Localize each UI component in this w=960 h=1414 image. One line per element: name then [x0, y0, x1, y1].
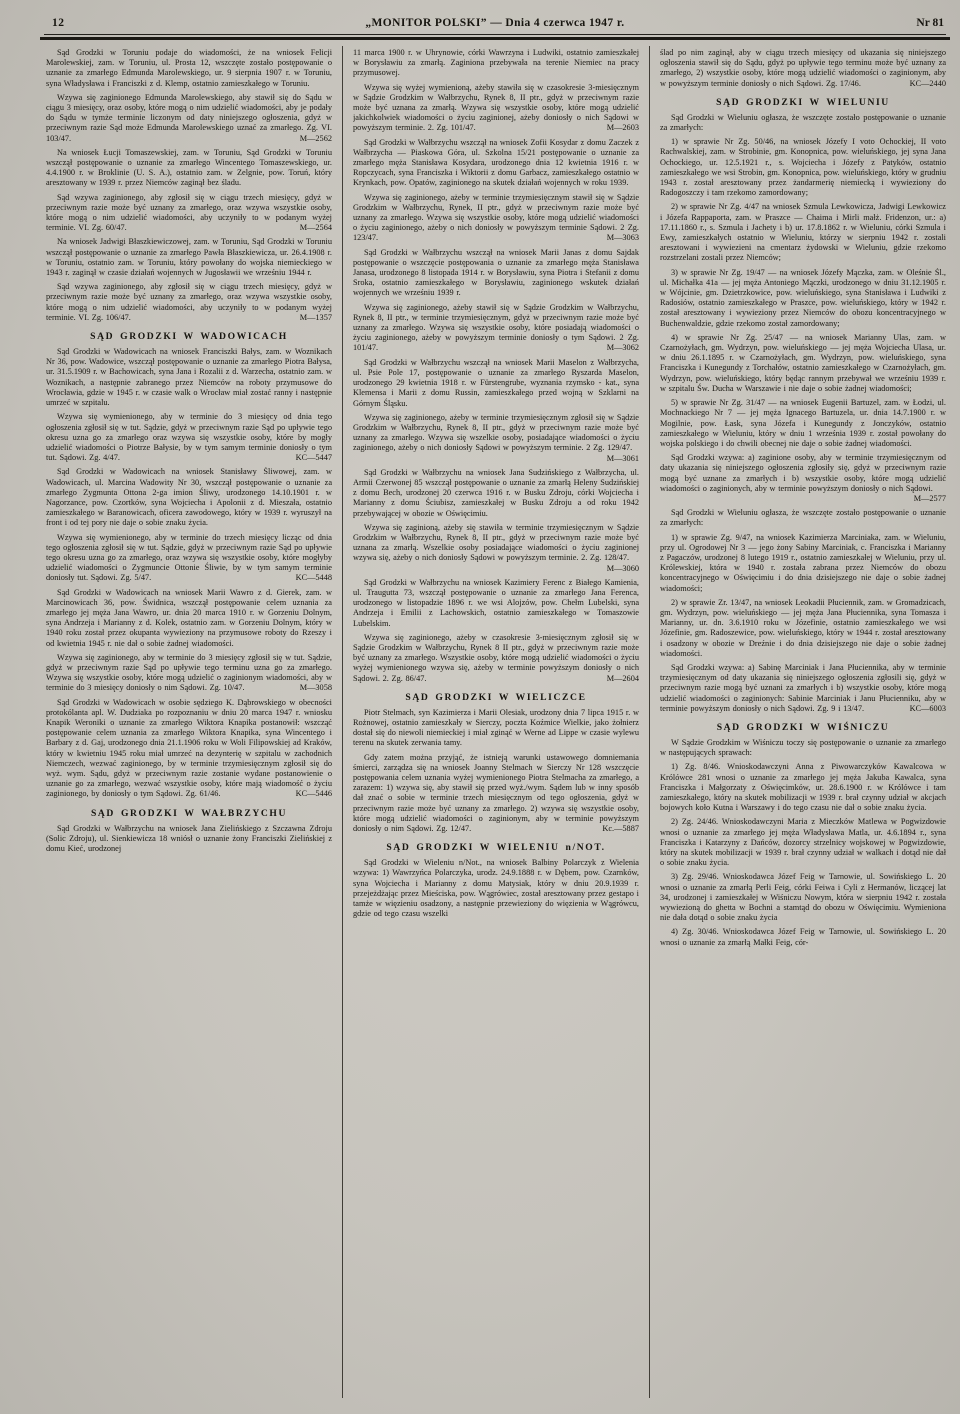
notice-paragraph: Wzywa się wyżej wymienioną, ażeby stawił…	[353, 83, 639, 134]
notice-paragraph: Sąd Grodzki w Wałbrzychu wszczął na wnio…	[353, 358, 639, 409]
notice-paragraph: 4) w sprawie Nr Zg. 25/47 — na wniosek M…	[660, 333, 946, 394]
notice-ref-code: M—3062	[599, 343, 639, 353]
notice-ref-code: KC—5447	[288, 453, 332, 463]
notice-paragraph: 1) Zg. 8/46. Wnioskodawczyni Anna z Piwo…	[660, 762, 946, 813]
notice-ref-code: M—2603	[599, 123, 639, 133]
notice-ref-code: M—2562	[292, 134, 332, 144]
notice-paragraph: W Sądzie Grodzkim w Wiśniczu toczy się p…	[660, 738, 946, 758]
notice-paragraph: Wzywa się wymienionego, aby w terminie d…	[46, 533, 332, 584]
notice-paragraph: 2) w sprawie Zr. 13/47, na wniosek Leoka…	[660, 598, 946, 659]
notice-ref-code: KC—5446	[288, 789, 332, 799]
notice-paragraph: 2) Zg. 24/46. Wnioskodawczyni Maria z Mi…	[660, 817, 946, 868]
notice-paragraph: 1) w sprawie Nr Zg. 50/46, na wniosek Jó…	[660, 137, 946, 198]
notice-paragraph: Wzywa się zaginionego, aby w terminie do…	[46, 653, 332, 694]
notice-ref-code: M—1357	[292, 313, 332, 323]
notice-ref-code: M—2564	[292, 223, 332, 233]
notice-paragraph: Sąd Grodzki w Wadowicach na wniosek Mari…	[46, 588, 332, 649]
notice-ref-code: KC—5448	[288, 573, 332, 583]
notice-paragraph: 11 marca 1900 r. w Uhrynowie, córki Wawr…	[353, 48, 639, 79]
notice-paragraph: 4) Zg. 30/46. Wnioskodawca Józef Feig w …	[660, 927, 946, 947]
notice-ref-code: M—3058	[292, 683, 332, 693]
notice-paragraph: Wzywa się zaginionego, ażeby w czasokres…	[353, 633, 639, 684]
notice-paragraph: Wzywa się zaginioną, ażeby się stawiła w…	[353, 523, 639, 574]
notice-ref-code: M—2604	[599, 674, 639, 684]
notice-paragraph: Piotr Stelmach, syn Kazimierza i Marii O…	[353, 708, 639, 749]
notice-paragraph: Wzywa się zaginionego, ażeby w terminie …	[353, 193, 639, 244]
notice-paragraph: Sąd Grodzki w Wieluniu ogłasza, że wszcz…	[660, 113, 946, 133]
header-rule-thick	[40, 37, 950, 40]
notice-paragraph: 3) Zg. 29/46. Wnioskodawca Józef Feig w …	[660, 872, 946, 923]
notice-paragraph: Wzywa się zaginionego, ażeby w terminie …	[353, 413, 639, 464]
notice-paragraph: Na wniosek Łucji Tomaszewskiej, zam. w T…	[46, 148, 332, 189]
newspaper-column: Sąd Grodzki w Toruniu podaje do wiadomoś…	[44, 46, 342, 1398]
notice-paragraph: Gdy zatem można przyjąć, że istnieją war…	[353, 753, 639, 835]
notice-paragraph: 1) w sprawie Zg. 9/47, na wniosek Kazimi…	[660, 533, 946, 594]
notice-ref-code: M—2577	[906, 494, 946, 504]
notice-paragraph: Sąd Grodzki wzywa: a) zaginione osoby, a…	[660, 453, 946, 504]
notice-ref-code: M—3060	[599, 564, 639, 574]
notice-paragraph: Na wniosek Jadwigi Błaszkiewiczowej, zam…	[46, 237, 332, 278]
notice-paragraph: ślad po nim zaginął, aby w ciągu trzech …	[660, 48, 946, 89]
newspaper-page: 12 „MONITOR POLSKI” — Dnia 4 czerwca 194…	[0, 0, 960, 1414]
notice-paragraph: Sąd wzywa zaginionego, aby zgłosił się w…	[46, 193, 332, 234]
notice-paragraph: Sąd wzywa zaginionego, aby zgłosił się w…	[46, 282, 332, 323]
court-section-heading: SĄD GRODZKI W WADOWICACH	[46, 331, 332, 342]
notice-paragraph: Sąd Grodzki w Toruniu podaje do wiadomoś…	[46, 48, 332, 89]
notice-ref-code: KC—6003	[902, 704, 946, 714]
notice-ref-code: KC—2440	[902, 79, 946, 89]
notice-paragraph: Wzywa się zaginionego Edmunda Marolewski…	[46, 93, 332, 144]
masthead: 12 „MONITOR POLSKI” — Dnia 4 czerwca 194…	[44, 0, 946, 34]
notice-paragraph: 5) w sprawie Nr Zg. 31/47 — na wniosek E…	[660, 398, 946, 449]
notice-paragraph: Sąd Grodzki w Wałbrzychu na wniosek Jana…	[46, 824, 332, 855]
notice-ref-code: M—3063	[599, 233, 639, 243]
court-section-heading: SĄD GRODZKI W WAŁBRZYCHU	[46, 808, 332, 819]
notice-ref-code: Kc.—5887	[594, 824, 639, 834]
notice-paragraph: Wzywa się wymienionego, aby w terminie d…	[46, 412, 332, 463]
notice-paragraph: Sąd Grodzki w Wieleniu n/Not., na wniose…	[353, 858, 639, 919]
newspaper-column: ślad po nim zaginął, aby w ciągu trzech …	[649, 46, 948, 1398]
notice-paragraph: Sąd Grodzki w Wałbrzychu na wniosek Kazi…	[353, 578, 639, 629]
notice-paragraph: Sąd Grodzki w Wadowicach na wniosek Fran…	[46, 347, 332, 408]
notice-paragraph: Sąd Grodzki w Wadowicach w osobie sędzie…	[46, 698, 332, 800]
columns-container: Sąd Grodzki w Toruniu podaje do wiadomoś…	[44, 46, 948, 1398]
notice-paragraph: Sąd Grodzki w Wadowicach na wniosek Stan…	[46, 467, 332, 528]
notice-ref-code: M—3061	[599, 454, 639, 464]
issue-title: „MONITOR POLSKI” — Dnia 4 czerwca 1947 r…	[44, 17, 946, 29]
notice-paragraph: 3) w sprawie Nr Zg. 19/47 — na wniosek J…	[660, 268, 946, 329]
header-rule-thin	[44, 34, 946, 35]
court-section-heading: SĄD GRODZKI W WIELICZCE	[353, 692, 639, 703]
notice-paragraph: Sąd Grodzki w Wałbrzychu wszczął na wnio…	[353, 138, 639, 189]
notice-paragraph: Wzywa się zaginionego, ażeby stawił się …	[353, 303, 639, 354]
notice-paragraph: Sąd Grodzki w Wieluniu ogłasza, że wszcz…	[660, 508, 946, 528]
court-section-heading: SĄD GRODZKI W WIELENIU n/NOT.	[353, 842, 639, 853]
court-section-heading: SĄD GRODZKI W WIŚNICZU	[660, 722, 946, 733]
court-section-heading: SĄD GRODZKI W WIELUNIU	[660, 97, 946, 108]
issue-number: Nr 81	[916, 17, 944, 29]
newspaper-column: 11 marca 1900 r. w Uhrynowie, córki Wawr…	[342, 46, 649, 1398]
notice-paragraph: 2) w sprawie Nr Zg. 4/47 na wniosek Szmu…	[660, 202, 946, 263]
notice-paragraph: Sąd Grodzki wzywa: a) Sabinę Marciniak i…	[660, 663, 946, 714]
notice-paragraph: Sąd Grodzki w Wałbrzychu na wniosek Jana…	[353, 468, 639, 519]
notice-paragraph: Sąd Grodzki w Wałbrzychu wszczął na wnio…	[353, 248, 639, 299]
